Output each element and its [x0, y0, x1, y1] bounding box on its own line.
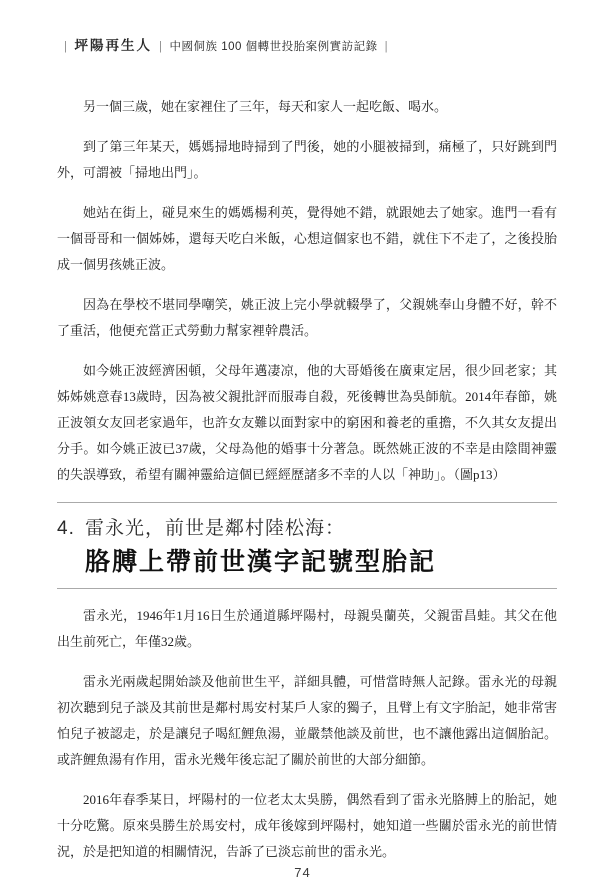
section-number: 4.: [57, 518, 85, 540]
book-subtitle: 中國侗族 100 個轉世投胎案例實訪記錄: [170, 41, 378, 53]
book-page: |坪陽再生人|中國侗族 100 個轉世投胎案例實訪記錄| 另一個三歲，她在家裡住…: [0, 0, 605, 896]
paragraph: 2016年春季某日，坪陽村的一位老太太吳勝，偶然看到了雷永光胳膊上的胎記，她十分…: [57, 787, 557, 865]
paragraph: 另一個三歲，她在家裡住了三年，每天和家人一起吃飯、喝水。: [57, 94, 557, 120]
section-heading-line1: 4. 雷永光，前世是鄰村陸松海：: [57, 513, 557, 540]
paragraph: 到了第三年某天，媽媽掃地時掃到了門後，她的小腿被掃到，痛極了，只好跳到門外，可謂…: [57, 134, 557, 186]
paragraph: 雷永光，1946年1月16日生於通道縣坪陽村，母親吳蘭英，父親雷昌蛙。其父在他出…: [57, 603, 557, 655]
page-number: 74: [294, 865, 310, 880]
paragraph: 因為在學校不堪同學嘲笑，姚正波上完小學就輟學了，父親姚奉山身體不好，幹不了重活，…: [57, 292, 557, 344]
divider: [57, 588, 557, 589]
page-body: 另一個三歲，她在家裡住了三年，每天和家人一起吃飯、喝水。 到了第三年某天，媽媽掃…: [0, 54, 605, 865]
section-subtitle: 胳膊上帶前世漢字記號型胎記: [85, 542, 557, 578]
section-heading: 4. 雷永光，前世是鄰村陸松海： 胳膊上帶前世漢字記號型胎記: [57, 502, 557, 589]
header-separator: |: [385, 41, 389, 53]
header-separator: |: [64, 41, 68, 53]
running-header: |坪陽再生人|中國侗族 100 個轉世投胎案例實訪記錄|: [0, 0, 605, 54]
page-footer: 74: [0, 865, 605, 880]
paragraph: 她站在街上，碰見來生的媽媽楊利英，覺得她不錯，就跟她去了她家。進門一看有一個哥哥…: [57, 200, 557, 278]
header-separator: |: [159, 41, 163, 53]
section-title: 雷永光，前世是鄰村陸松海：: [85, 513, 345, 540]
paragraph: 如今姚正波經濟困頓，父母年邁凄凉，他的大哥婚後在廣東定居，很少回老家；其姊姊姚意…: [57, 358, 557, 488]
paragraph: 雷永光兩歲起開始談及他前世生平，詳細具體，可惜當時無人記錄。雷永光的母親初次聽到…: [57, 669, 557, 773]
book-series-title: 坪陽再生人: [75, 38, 153, 53]
divider: [57, 502, 557, 503]
